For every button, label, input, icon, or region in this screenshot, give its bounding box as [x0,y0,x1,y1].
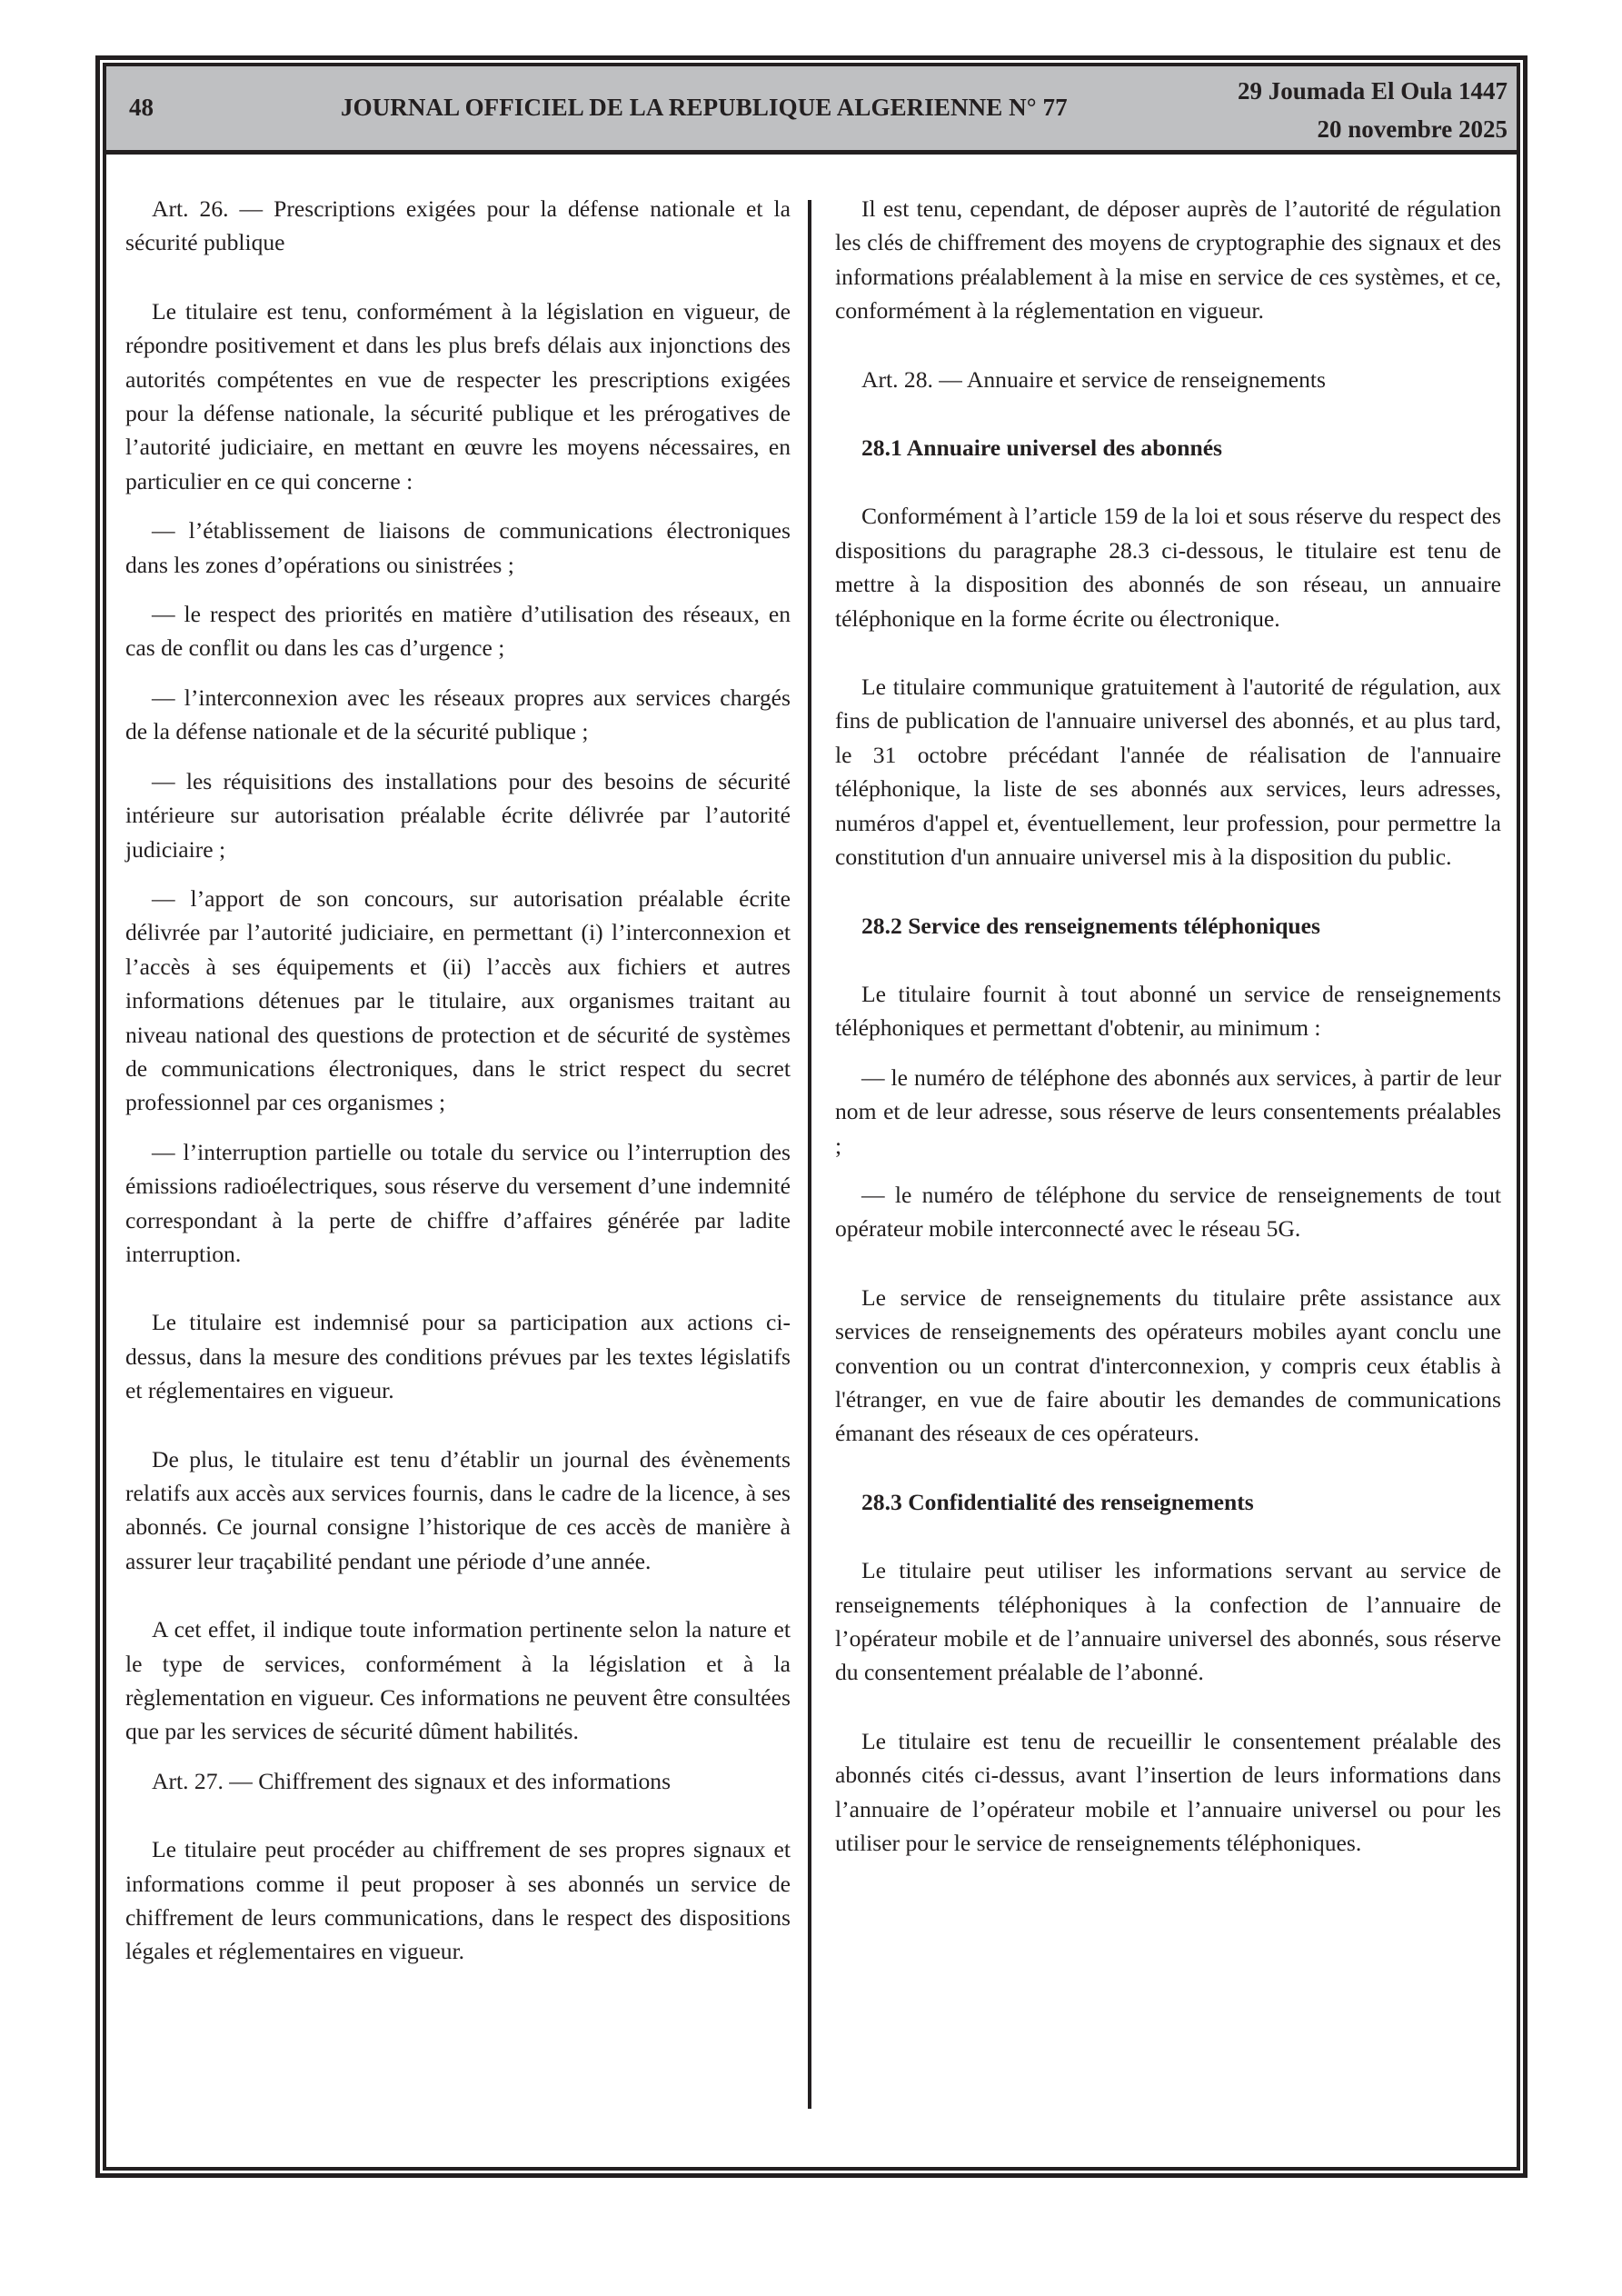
paragraph: Le titulaire est tenu de recueillir le c… [835,1724,1501,1861]
list-item: — le respect des priorités en matière d’… [125,597,791,665]
list-item: — le numéro de téléphone des abonnés aux… [835,1061,1501,1163]
paragraph: Le titulaire est indemnisé pour sa parti… [125,1305,791,1407]
journal-title: JOURNAL OFFICIEL DE LA REPUBLIQUE ALGERI… [341,94,1068,122]
paragraph: Le titulaire est tenu, conformément à la… [125,294,791,498]
section-28-2-title: 28.2 Service des renseignements téléphon… [835,909,1501,943]
article-27-title: Art. 27. — Chiffrement des signaux et de… [125,1764,791,1798]
paragraph: Le service de renseignements du titulair… [835,1281,1501,1451]
section-28-1-title: 28.1 Annuaire universel des abonnés [835,431,1501,464]
page-number: 48 [129,94,154,122]
paragraph: Le titulaire fournit à tout abonné un se… [835,977,1501,1045]
paragraph: Conformément à l’article 159 de la loi e… [835,499,1501,635]
page-frame-inner: 48 JOURNAL OFFICIEL DE LA REPUBLIQUE ALG… [103,63,1520,2171]
paragraph: Le titulaire peut procéder au chiffremen… [125,1832,791,1969]
issue-dates: 29 Joumada El Oula 1447 20 novembre 2025 [1238,72,1508,148]
article-26-title: Art. 26. — Prescriptions exigées pour la… [125,192,791,260]
list-item: — l’interconnexion avec les réseaux prop… [125,681,791,749]
left-column: Art. 26. — Prescriptions exigées pour la… [125,192,791,1969]
hijri-date: 29 Joumada El Oula 1447 [1238,72,1508,110]
right-column: Il est tenu, cependant, de déposer auprè… [835,192,1501,1860]
list-item: — les réquisitions des installations pou… [125,764,791,866]
list-item: — l’apport de son concours, sur autorisa… [125,882,791,1120]
paragraph: De plus, le titulaire est tenu d’établir… [125,1442,791,1579]
paragraph: Le titulaire peut utiliser les informati… [835,1553,1501,1690]
paragraph: Le titulaire communique gratuitement à l… [835,670,1501,873]
list-item: — l’établissement de liaisons de communi… [125,514,791,582]
paragraph: Il est tenu, cependant, de déposer auprè… [835,192,1501,328]
list-item: — l’interruption partielle ou totale du … [125,1135,791,1272]
paragraph: A cet effet, il indique toute informatio… [125,1612,791,1749]
section-28-3-title: 28.3 Confidentialité des renseignements [835,1485,1501,1519]
page-frame-outer: 48 JOURNAL OFFICIEL DE LA REPUBLIQUE ALG… [95,55,1527,2178]
list-item: — le numéro de téléphone du service de r… [835,1178,1501,1246]
column-divider [808,200,811,2109]
article-28-title: Art. 28. — Annuaire et service de rensei… [835,363,1501,396]
gregorian-date: 20 novembre 2025 [1238,110,1508,148]
journal-header: 48 JOURNAL OFFICIEL DE LA REPUBLIQUE ALG… [106,66,1517,155]
